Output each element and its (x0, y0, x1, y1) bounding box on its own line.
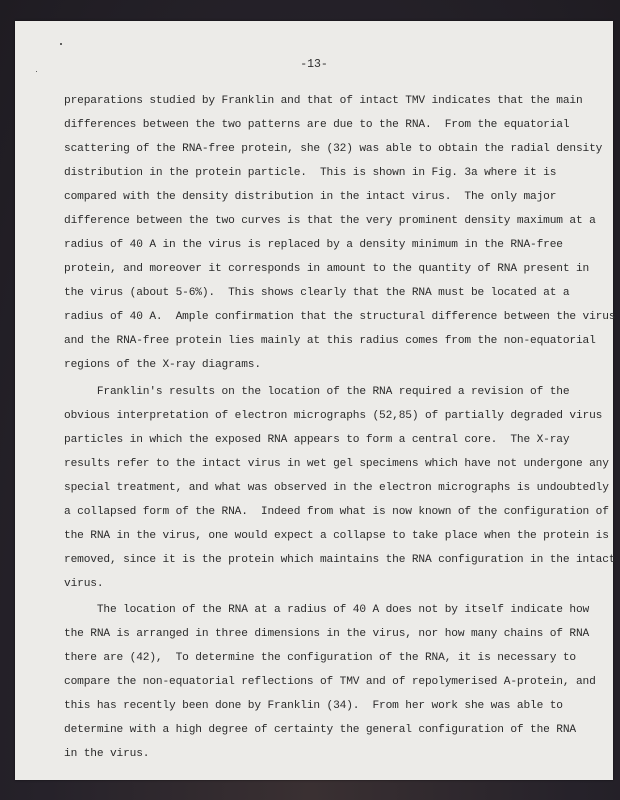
text-line: results refer to the intact virus in wet… (64, 458, 609, 470)
text-line: special treatment, and what was observed… (64, 482, 609, 494)
text-line: virus. (64, 578, 103, 590)
text-line: distribution in the protein particle. Th… (64, 167, 556, 179)
text-line: this has recently been done by Franklin … (64, 700, 563, 712)
text-line: in the virus. (64, 748, 149, 760)
text-line: removed, since it is the protein which m… (64, 554, 615, 566)
text-line: compared with the density distribution i… (64, 191, 556, 203)
stray-mark (60, 43, 62, 45)
document-page: -13- preparations studied by Franklin an… (15, 21, 613, 780)
text-line: compare the non-equatorial reflections o… (64, 676, 596, 688)
page-number: -13- (15, 58, 613, 71)
text-line: there are (42), To determine the configu… (64, 652, 576, 664)
text-line: obvious interpretation of electron micro… (64, 410, 602, 422)
text-line: determine with a high degree of certaint… (64, 724, 576, 736)
text-line: difference between the two curves is tha… (64, 215, 596, 227)
text-line: the RNA in the virus, one would expect a… (64, 530, 609, 542)
text-line: the virus (about 5-6%). This shows clear… (64, 287, 569, 299)
text-line: Franklin's results on the location of th… (64, 386, 569, 398)
text-line: radius of 40 A. Ample confirmation that … (64, 311, 615, 323)
text-line: The location of the RNA at a radius of 4… (64, 604, 589, 616)
text-line: regions of the X-ray diagrams. (64, 359, 261, 371)
text-line: scattering of the RNA-free protein, she … (64, 143, 602, 155)
text-line: preparations studied by Franklin and tha… (64, 95, 583, 107)
text-line: particles in which the exposed RNA appea… (64, 434, 569, 446)
text-line: differences between the two patterns are… (64, 119, 569, 131)
text-line: and the RNA-free protein lies mainly at … (64, 335, 596, 347)
stray-mark (36, 71, 37, 72)
text-line: radius of 40 A in the virus is replaced … (64, 239, 563, 251)
text-line: the RNA is arranged in three dimensions … (64, 628, 589, 640)
text-line: protein, and moreover it corresponds in … (64, 263, 589, 275)
text-line: a collapsed form of the RNA. Indeed from… (64, 506, 609, 518)
